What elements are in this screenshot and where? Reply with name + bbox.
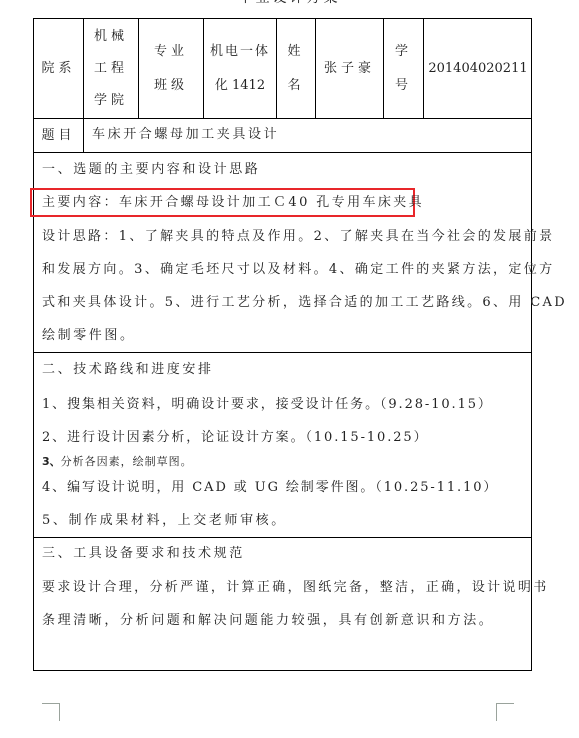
section-divider [33, 537, 532, 538]
col-divider [83, 118, 84, 152]
id-value-cell: 201404020211 [424, 19, 532, 118]
id-label-line: 学 [395, 35, 412, 69]
design-idea-line: 设计思路：1、了解夹具的特点及作用。2、了解夹具在当今社会的发展前景 [42, 228, 554, 246]
schedule-item: 5、制作成果材料，上交老师审核。 [42, 512, 287, 530]
row-divider [33, 118, 532, 119]
schedule-item: 2、进行设计因素分析，论证设计方案。（10.15-10.25） [42, 429, 429, 447]
major-value-line: 机电一体 [210, 35, 270, 69]
section3-heading: 三、工具设备要求和技术规范 [42, 545, 245, 563]
row-divider [33, 152, 532, 153]
dept-value-line: 机械 [94, 21, 128, 53]
name-label-cell: 姓 名 [277, 19, 315, 118]
spec-line: 要求设计合理，分析严谨，计算正确，图纸完备，整洁，正确，设计说明书 [42, 579, 549, 597]
document-title: 毕业设计方案 [0, 0, 579, 8]
schedule-item: 1、搜集相关资料，明确设计要求，接受设计任务。（9.28-10.15） [42, 396, 493, 414]
page-corner-mark [42, 703, 60, 721]
dept-value-line: 学院 [94, 85, 128, 117]
dept-label: 院系 [41, 56, 75, 82]
schedule-item-text: 分析各因素，绘制草图。 [61, 455, 193, 468]
page-corner-mark [496, 703, 514, 721]
major-label-cell: 专业 班级 [139, 19, 203, 118]
design-idea-line: 绘制零件图。 [42, 327, 136, 345]
schedule-item: 3、分析各因素，绘制草图。 [42, 453, 193, 471]
dept-value-line: 工程 [94, 53, 128, 85]
topic-label: 题目 [41, 123, 75, 149]
section2-heading: 二、技术路线和进度安排 [42, 361, 214, 379]
main-content-line: 主要内容：车床开合螺母设计加工Ｃ40 孔专用车床夹具 [42, 194, 424, 212]
name-value-cell: 张子豪 [316, 19, 383, 118]
id-label-cell: 学 号 [384, 19, 423, 118]
name-label-line: 名 [287, 69, 304, 103]
id-label-line: 号 [395, 69, 412, 103]
major-label-line: 专业 [154, 35, 188, 69]
spec-line: 条理清晰，分析问题和解决问题能力较强，具有创新意识和方法。 [42, 612, 494, 630]
topic-value: 车床开合螺母加工夹具设计 [92, 126, 279, 144]
topic-label-cell: 题目 [34, 119, 83, 152]
section-divider [33, 352, 532, 353]
design-idea-line: 和发展方向。3、确定毛坯尺寸以及材料。4、确定工件的夹紧方法，定位方 [42, 261, 554, 279]
student-id: 201404020211 [428, 56, 527, 82]
section1-heading: 一、选题的主要内容和设计思路 [42, 161, 260, 179]
dept-label-cell: 院系 [34, 19, 83, 118]
major-value-line: 化 1412 [215, 69, 265, 103]
major-label-line: 班级 [154, 69, 188, 103]
major-value-cell: 机电一体 化 1412 [204, 19, 276, 118]
design-idea-line: 式和夹具体设计。5、进行工艺分析，选择合适的加工工艺路线。6、用 CAD [42, 294, 567, 312]
schedule-item: 4、编写设计说明，用 CAD 或 UG 绘制零件图。（10.25-11.10） [42, 479, 498, 497]
name-label-line: 姓 [287, 35, 304, 69]
dept-value-cell: 机械 工程 学院 [84, 19, 138, 118]
schedule-item-number: 3、 [42, 455, 61, 468]
student-name: 张子豪 [324, 56, 375, 82]
